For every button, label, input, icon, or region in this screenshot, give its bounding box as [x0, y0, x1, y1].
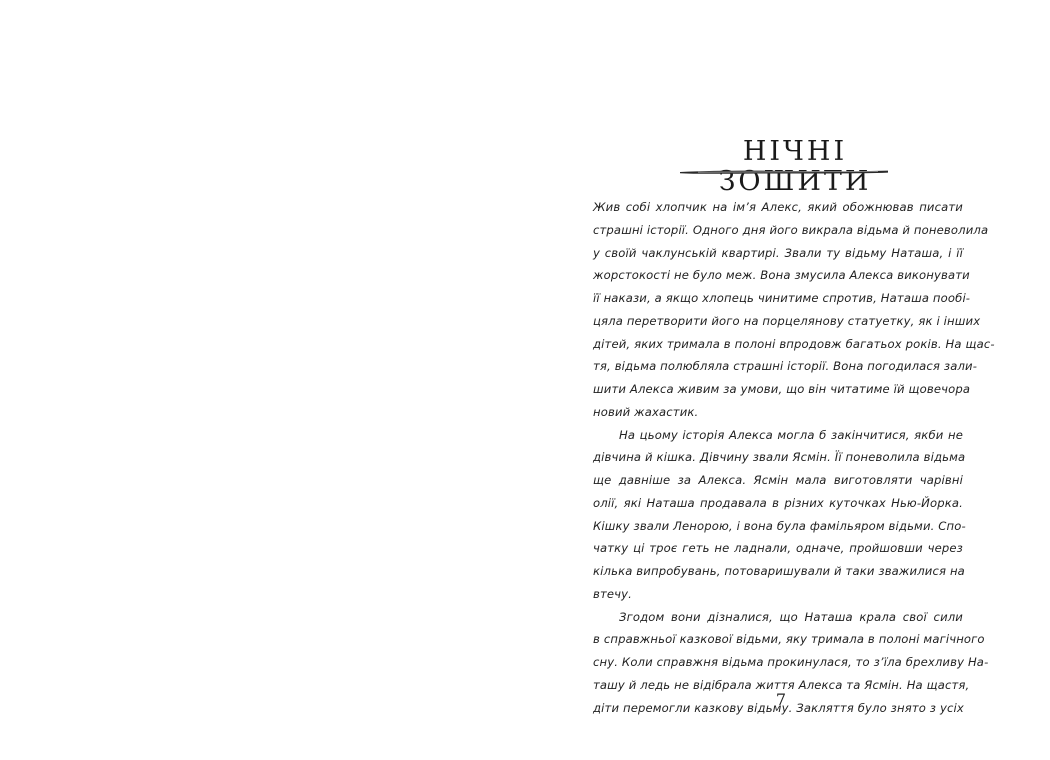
text-line: дітей, яких тримала в полоні впродовж ба… [593, 333, 963, 356]
text-line: сну. Коли справжня відьма прокинулася, т… [593, 651, 963, 674]
text-line: Кішку звали Ленорою, і вона була фамілья… [593, 515, 963, 538]
text-line: у своїй чаклунській квартирі. Звали ту в… [593, 242, 963, 265]
right-page: НІЧНІ ЗОШИТИ Жив собі хлопчик на ім’я Ал… [525, 0, 1050, 760]
page-number: 7 [771, 690, 791, 709]
text-line: страшні історії. Одного дня його викрала… [593, 219, 963, 242]
text-line: олії, які Наташа продавала в різних куто… [593, 492, 963, 515]
text-line: На цьому історія Алекса могла б закінчит… [593, 424, 963, 447]
text-line: Згодом вони дізналися, що Наташа крала с… [593, 606, 963, 629]
text-line: тя, відьма полюбляла страшні історії. Во… [593, 355, 963, 378]
text-line: ще давніше за Алекса. Ясмін мала виготов… [593, 469, 963, 492]
text-line: шити Алекса живим за умови, що він читат… [593, 378, 963, 401]
text-line: її накази, а якщо хлопець чинитиме спрот… [593, 287, 963, 310]
text-line: втечу. [593, 583, 963, 606]
text-line: в справжньої казкової відьми, яку тримал… [593, 628, 963, 651]
title-underline-decoration [678, 169, 890, 175]
left-page-blank [0, 0, 525, 760]
text-line: цяла перетворити його на порцелянову ста… [593, 310, 963, 333]
text-line: новий жахастик. [593, 401, 963, 424]
chapter-body-text: Жив собі хлопчик на ім’я Алекс, який обо… [593, 196, 963, 719]
text-line: кілька випробувань, потоваришували й так… [593, 560, 963, 583]
text-line: Жив собі хлопчик на ім’я Алекс, який обо… [593, 196, 963, 219]
text-line: дівчина й кішка. Дівчину звали Ясмін. Її… [593, 446, 963, 469]
text-line: жорстокості не було меж. Вона змусила Ал… [593, 264, 963, 287]
text-line: чатку ці троє геть не ладнали, одначе, п… [593, 537, 963, 560]
chapter-title: НІЧНІ ЗОШИТИ [665, 137, 925, 197]
book-spread: НІЧНІ ЗОШИТИ Жив собі хлопчик на ім’я Ал… [0, 0, 1050, 760]
